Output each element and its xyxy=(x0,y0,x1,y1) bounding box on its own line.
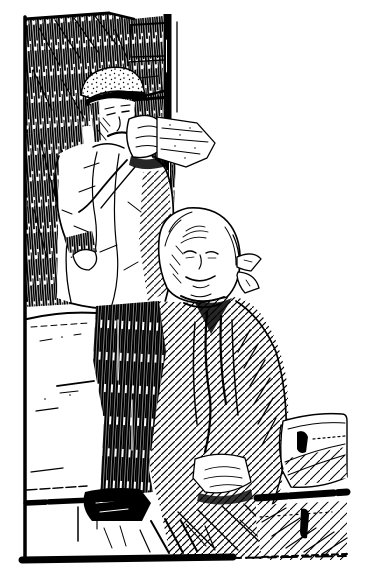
woman-hands xyxy=(193,454,253,504)
illustration-canvas xyxy=(0,0,365,584)
sketch-illustration xyxy=(0,0,365,584)
man-boot xyxy=(84,488,151,521)
